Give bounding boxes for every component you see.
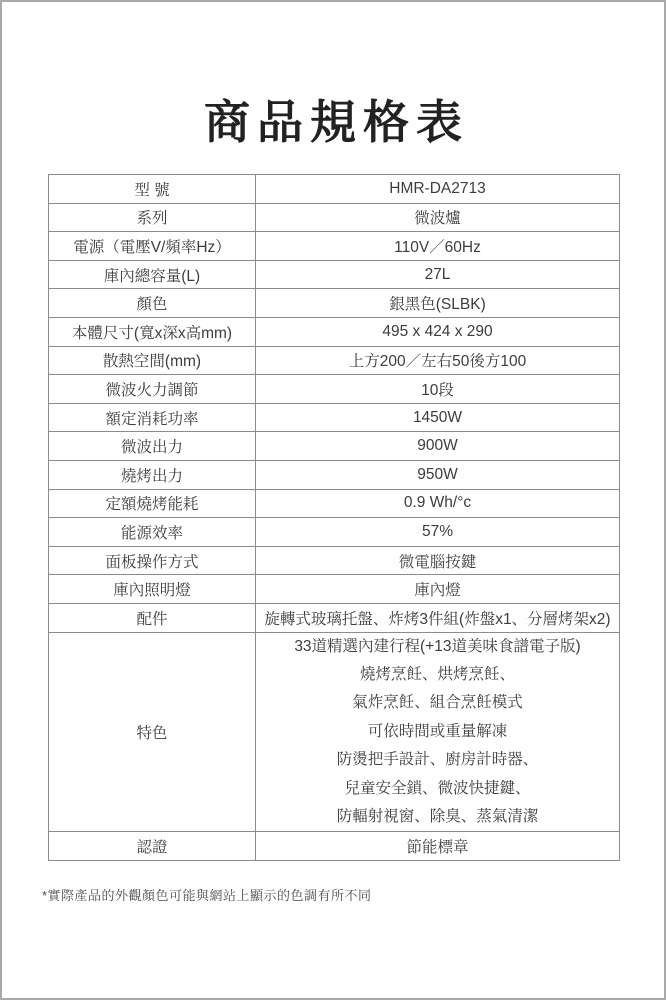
- spec-label: 定額燒烤能耗: [49, 489, 256, 518]
- table-row: 型 號HMR-DA2713: [49, 175, 620, 204]
- table-row: 配件旋轉式玻璃托盤、炸烤3件組(炸盤x1、分層烤架x2): [49, 603, 620, 632]
- spec-value: 495 x 424 x 290: [256, 317, 620, 346]
- page-title: 商品規格表: [2, 86, 664, 152]
- spec-value: 110V／60Hz: [256, 232, 620, 261]
- table-row: 本體尺寸(寬x深x高mm)495 x 424 x 290: [49, 317, 620, 346]
- table-row: 燒烤出力950W: [49, 460, 620, 489]
- spec-value: 上方200／左右50後方100: [256, 346, 620, 375]
- table-row: 系列微波爐: [49, 203, 620, 232]
- spec-label: 燒烤出力: [49, 460, 256, 489]
- spec-label: 配件: [49, 603, 256, 632]
- spec-label: 額定消耗功率: [49, 403, 256, 432]
- table-row: 定額燒烤能耗0.9 Wh/°c: [49, 489, 620, 518]
- feature-line: 氣炸烹飪、組合烹飪模式: [256, 689, 619, 717]
- feature-line: 防燙把手設計、廚房計時器、: [256, 746, 619, 774]
- feature-line: 燒烤烹飪、烘烤烹飪、: [256, 661, 619, 689]
- feature-line: 33道精選內建行程(+13道美味食譜電子版): [256, 633, 619, 661]
- spec-label: 庫內總容量(L): [49, 260, 256, 289]
- spec-label: 系列: [49, 203, 256, 232]
- spec-label: 散熱空間(mm): [49, 346, 256, 375]
- spec-label: 微波火力調節: [49, 375, 256, 404]
- spec-label: 庫內照明燈: [49, 575, 256, 604]
- footnote: *實際產品的外觀顏色可能與網站上顯示的色調有所不同: [42, 885, 372, 904]
- spec-value: 33道精選內建行程(+13道美味食譜電子版)燒烤烹飪、烘烤烹飪、氣炸烹飪、組合烹…: [256, 632, 620, 832]
- feature-line: 防輻射視窗、除臭、蒸氣清潔: [256, 803, 619, 831]
- spec-label: 顏色: [49, 289, 256, 318]
- spec-label: 能源效率: [49, 518, 256, 547]
- spec-value: HMR-DA2713: [256, 175, 620, 204]
- spec-value: 950W: [256, 460, 620, 489]
- table-row: 額定消耗功率1450W: [49, 403, 620, 432]
- feature-line: 可依時間或重量解凍: [256, 718, 619, 746]
- table-row: 顏色銀黑色(SLBK): [49, 289, 620, 318]
- spec-value: 10段: [256, 375, 620, 404]
- table-row: 微波出力900W: [49, 432, 620, 461]
- spec-value: 銀黑色(SLBK): [256, 289, 620, 318]
- spec-label: 本體尺寸(寬x深x高mm): [49, 317, 256, 346]
- spec-label: 微波出力: [49, 432, 256, 461]
- feature-line: 兒童安全鎖、微波快捷鍵、: [256, 775, 619, 803]
- spec-table: 型 號HMR-DA2713系列微波爐電源（電壓V/頻率Hz）110V／60Hz庫…: [48, 174, 620, 861]
- spec-value: 節能標章: [256, 832, 620, 861]
- spec-table-body: 型 號HMR-DA2713系列微波爐電源（電壓V/頻率Hz）110V／60Hz庫…: [49, 175, 620, 861]
- table-row: 庫內照明燈庫內燈: [49, 575, 620, 604]
- table-row: 電源（電壓V/頻率Hz）110V／60Hz: [49, 232, 620, 261]
- table-row: 能源效率57%: [49, 518, 620, 547]
- spec-label: 面板操作方式: [49, 546, 256, 575]
- spec-value: 57%: [256, 518, 620, 547]
- spec-label: 認證: [49, 832, 256, 861]
- spec-value: 微波爐: [256, 203, 620, 232]
- spec-value: 1450W: [256, 403, 620, 432]
- spec-sheet-page: 商品規格表 型 號HMR-DA2713系列微波爐電源（電壓V/頻率Hz）110V…: [0, 0, 666, 1000]
- spec-value: 0.9 Wh/°c: [256, 489, 620, 518]
- spec-value: 27L: [256, 260, 620, 289]
- spec-label: 型 號: [49, 175, 256, 204]
- table-row: 面板操作方式微電腦按鍵: [49, 546, 620, 575]
- table-row: 認證節能標章: [49, 832, 620, 861]
- spec-value: 旋轉式玻璃托盤、炸烤3件組(炸盤x1、分層烤架x2): [256, 603, 620, 632]
- spec-label: 特色: [49, 632, 256, 832]
- table-row: 散熱空間(mm)上方200／左右50後方100: [49, 346, 620, 375]
- spec-label: 電源（電壓V/頻率Hz）: [49, 232, 256, 261]
- spec-value: 微電腦按鍵: [256, 546, 620, 575]
- table-row: 微波火力調節10段: [49, 375, 620, 404]
- table-row: 特色33道精選內建行程(+13道美味食譜電子版)燒烤烹飪、烘烤烹飪、氣炸烹飪、組…: [49, 632, 620, 832]
- spec-value: 900W: [256, 432, 620, 461]
- spec-value: 庫內燈: [256, 575, 620, 604]
- table-row: 庫內總容量(L)27L: [49, 260, 620, 289]
